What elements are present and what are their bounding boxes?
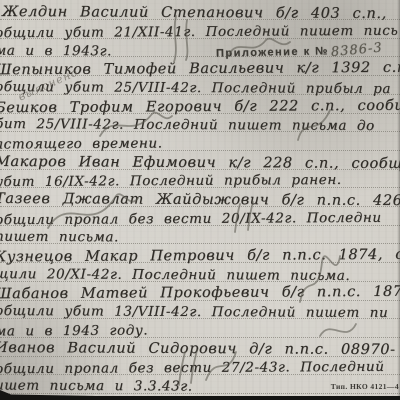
stamp-label: Приложение к № xyxy=(216,45,329,59)
handwritten-line: щили 20/XI-42г. Последний пишет письма. xyxy=(0,266,350,284)
handwritten-line: Тазеев Джавлат Жайдыжович б/г п.п.с. 426… xyxy=(0,191,400,209)
stamp-number: 8386-3 xyxy=(330,40,383,60)
attachment-stamp: Приложение к №8386-3 xyxy=(216,42,383,60)
handwritten-line: ма и в 1943г. xyxy=(0,43,112,60)
print-form-number: Тип. НКО 4121—4 xyxy=(331,382,399,391)
handwritten-line: убит 16/IX-42г. Последний прибыл ранен. xyxy=(0,172,342,190)
handwritten-line: Иванов Василий Сидорович д/г п.п.с. 0897… xyxy=(0,340,396,358)
handwritten-line: общили убит 21/XII-41г. Последний пишет … xyxy=(0,23,398,41)
handwritten-line: Макаров Иван Ефимович к/г 228 с.п., сооб… xyxy=(0,154,400,172)
handwritten-line: ишет письма и 3.3.43г. xyxy=(0,377,193,394)
handwritten-line: Бешков Трофим Егорович б/г 222 с.п., соо… xyxy=(0,98,400,117)
handwritten-line: пишет письма. xyxy=(0,229,119,246)
pencil-scrawl xyxy=(320,324,356,336)
handwritten-line: общили пропал без вести 27/2-43г. Послед… xyxy=(0,359,385,377)
scanned-document-page: Желдин Василий Степанович б/г 403 с.п., … xyxy=(0,0,400,400)
handwritten-line: бит 25/VIII-42г. Последний пишет письма … xyxy=(0,116,375,134)
handwritten-line: Шабанов Матвей Прокофьевич б/г п.п.с. 18… xyxy=(0,284,400,303)
handwritten-line: ма и в 1943 году. xyxy=(0,323,148,340)
handwritten-line: астоящего времени. xyxy=(0,135,163,152)
handwritten-line: общили пропал без вести 20/IX-42г. После… xyxy=(0,210,382,228)
handwritten-line: Желдин Василий Степанович б/г 403 с.п., xyxy=(2,4,387,22)
handwritten-line: Кузнецов Макар Петрович б/г п.п.с. 1874,… xyxy=(0,247,400,266)
handwritten-line: общили убит 13/VIII-42г. Последний пишет… xyxy=(0,303,388,321)
